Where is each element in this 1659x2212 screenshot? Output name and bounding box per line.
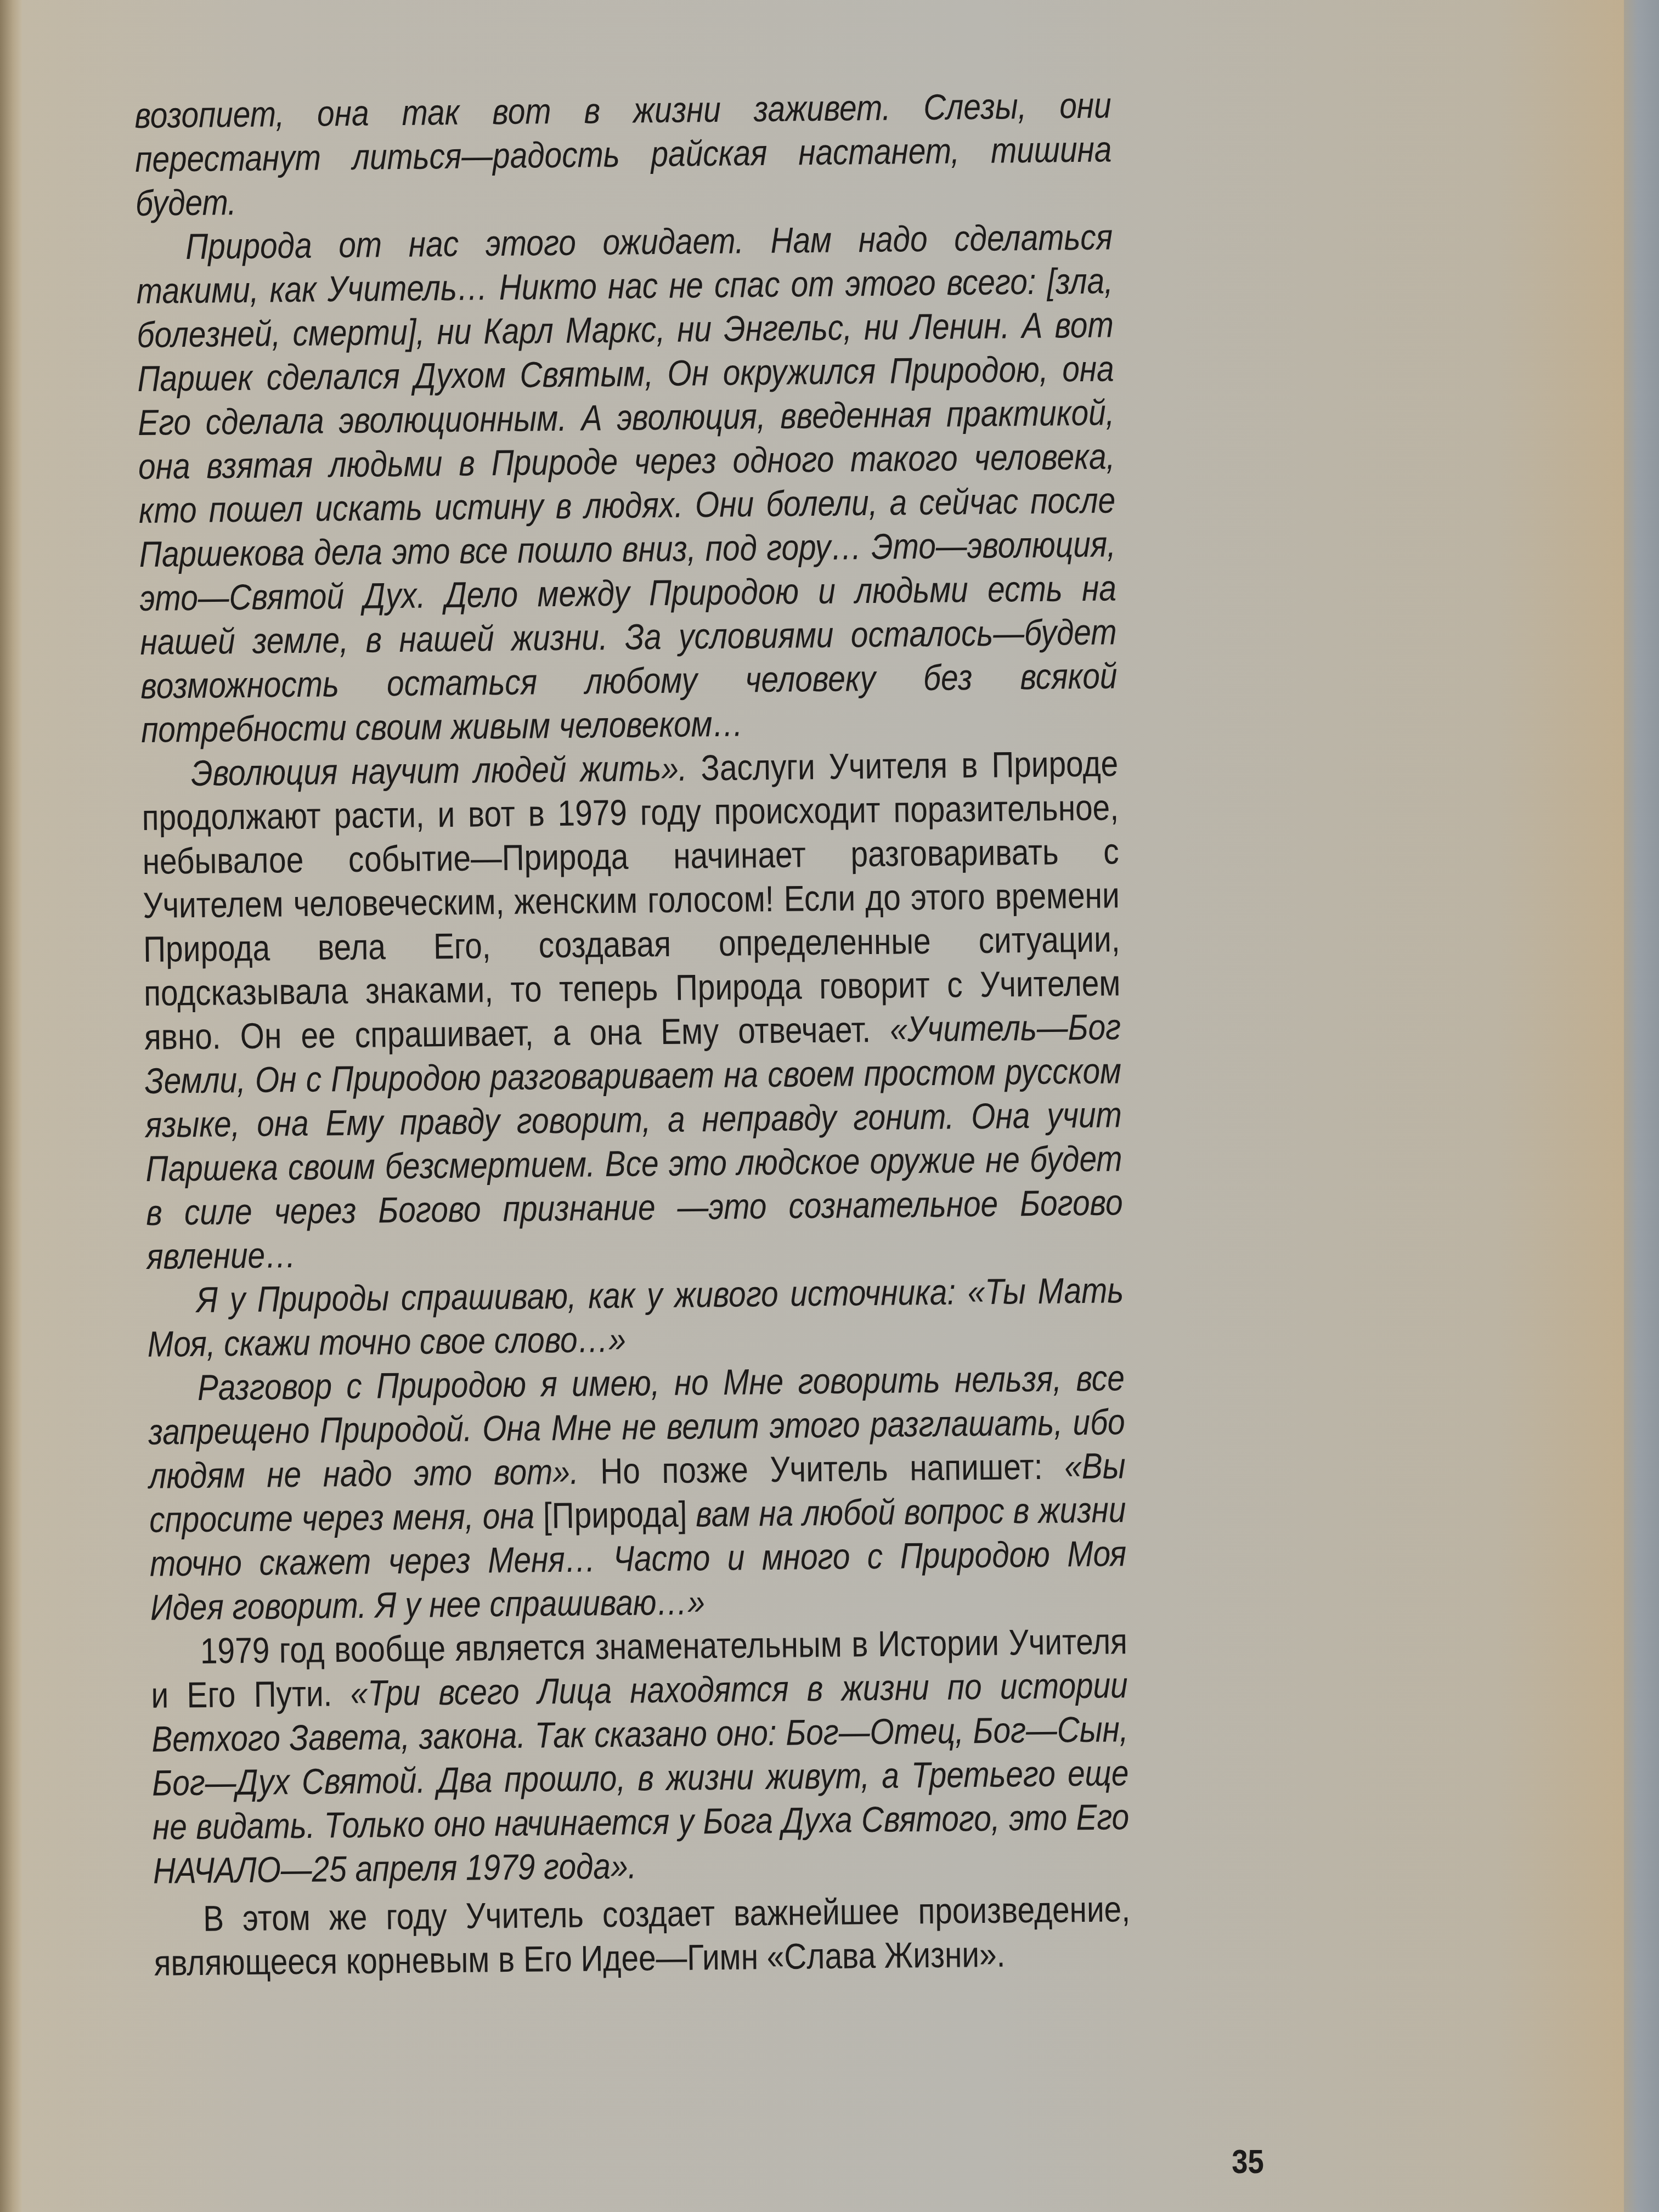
- paragraph-6: 1979 год вообще является знаменательным …: [150, 1619, 1130, 1893]
- text-segment: [Природа]: [543, 1494, 687, 1536]
- book-spine-edge: [0, 0, 22, 2212]
- text-segment: Эволюция научит людей жить».: [191, 748, 687, 793]
- text-segment: Природа от нас этого ожидает. Нам надо с…: [136, 216, 1117, 750]
- paragraph-4: Я у Природы спрашиваю, как у живого исто…: [147, 1268, 1125, 1366]
- page-body-text: возопиет, она так вот в жизни заживет. С…: [134, 83, 1131, 1984]
- paragraph-1: возопиет, она так вот в жизни заживет. С…: [134, 83, 1113, 225]
- text-segment: Я у Природы спрашиваю, как у живого исто…: [147, 1269, 1124, 1364]
- background-surface: [1624, 0, 1659, 2212]
- text-segment: возопиет, она так вот в жизни заживет. С…: [134, 84, 1112, 223]
- paragraph-2: Природа от нас этого ожидает. Нам надо с…: [136, 215, 1118, 752]
- page-number: 35: [1232, 2142, 1264, 2181]
- text-segment: В этом же году Учитель создает важнейшее…: [154, 1888, 1130, 1983]
- paragraph-5: Разговор с Природою я имею, но Мне говор…: [148, 1356, 1127, 1629]
- paragraph-3: Эволюция научит людей жить». Заслуги Учи…: [142, 741, 1124, 1278]
- paragraph-7: В этом же году Учитель создает важнейшее…: [153, 1887, 1131, 1985]
- text-segment: Но позже Учитель напишет:: [578, 1446, 1064, 1491]
